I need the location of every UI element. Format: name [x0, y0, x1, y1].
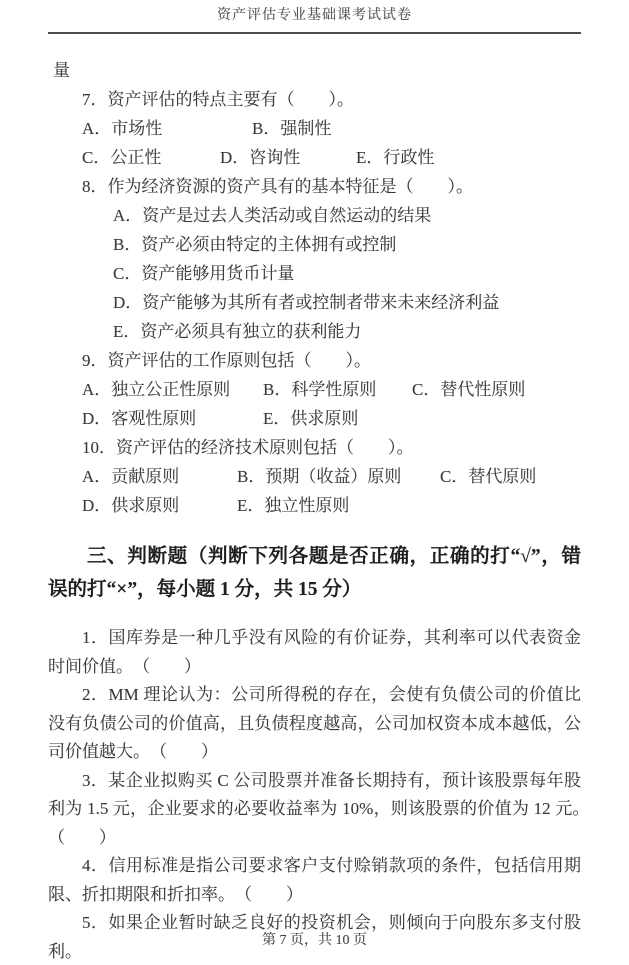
question-10-option-d: D．供求原则 [82, 491, 237, 520]
question-9-option-b: B．科学性原则 [263, 375, 412, 404]
question-10-option-c: C．替代原则 [440, 462, 536, 491]
question-10-option-a: A．贡献原则 [82, 462, 237, 491]
question-7-options-row-1: A．市场性 B．强制性 [48, 114, 581, 143]
page-content: 量 7．资产评估的特点主要有（ ）。 A．市场性 B．强制性 C．公正性 D．咨… [48, 56, 581, 965]
question-9-option-c: C．替代性原则 [412, 375, 525, 404]
judgment-question-1: 1．国库券是一种几乎没有风险的有价证券，其利率可以代表资金时间价值。 （ ） [48, 624, 581, 681]
question-9-option-d: D．客观性原则 [82, 404, 263, 433]
question-9-option-a: A．独立公正性原则 [82, 375, 263, 404]
question-10-options-row-2: D．供求原则 E．独立性原则 [48, 491, 581, 520]
question-7-option-d: D．咨询性 [220, 143, 356, 172]
question-7-option-e: E．行政性 [356, 143, 434, 172]
question-8-option-d: D．资产能够为其所有者或控制者带来未来经济利益 [48, 288, 581, 317]
question-10-stem: 10．资产评估的经济技术原则包括（ ）。 [48, 433, 581, 462]
question-7-options-row-2: C．公正性 D．咨询性 E．行政性 [48, 143, 581, 172]
section-3-heading: 三、判断题（判断下列各题是否正确，正确的打“√”，错误的打“×”，每小题 1 分… [48, 540, 581, 606]
page-footer: 第 7 页，共 10 页 [0, 929, 629, 949]
header-rule [48, 32, 581, 34]
continuation-line: 量 [48, 56, 581, 85]
exam-page: 资产评估专业基础课考试试卷 量 7．资产评估的特点主要有（ ）。 A．市场性 B… [0, 0, 629, 965]
question-7-option-b: B．强制性 [252, 114, 331, 143]
judgment-question-3: 3．某企业拟购买 C 公司股票并准备长期持有，预计该股票每年股利为 1.5 元，… [48, 767, 581, 853]
question-9-options-row-1: A．独立公正性原则 B．科学性原则 C．替代性原则 [48, 375, 581, 404]
question-7-option-a: A．市场性 [82, 114, 252, 143]
question-8-option-b: B．资产必须由特定的主体拥有或控制 [48, 230, 581, 259]
question-10-option-e: E．独立性原则 [237, 491, 349, 520]
question-9-options-row-2: D．客观性原则 E．供求原则 [48, 404, 581, 433]
question-9-option-e: E．供求原则 [263, 404, 358, 433]
judgment-question-2: 2．MM 理论认为：公司所得税的存在，会使有负债公司的价值比没有负债公司的价值高… [48, 681, 581, 767]
question-9-stem: 9．资产评估的工作原则包括（ ）。 [48, 346, 581, 375]
question-10-option-b: B．预期（收益）原则 [237, 462, 440, 491]
question-7-option-c: C．公正性 [82, 143, 220, 172]
question-8-option-a: A．资产是过去人类活动或自然运动的结果 [48, 201, 581, 230]
question-8-option-e: E．资产必须具有独立的获利能力 [48, 317, 581, 346]
question-10-options-row-1: A．贡献原则 B．预期（收益）原则 C．替代原则 [48, 462, 581, 491]
question-8-option-c: C．资产能够用货币计量 [48, 259, 581, 288]
question-8-stem: 8．作为经济资源的资产具有的基本特征是（ ）。 [48, 172, 581, 201]
page-header-title: 资产评估专业基础课考试试卷 [0, 0, 629, 25]
judgment-question-4: 4．信用标准是指公司要求客户支付赊销款项的条件，包括信用期限、折扣期限和折扣率。… [48, 852, 581, 909]
question-7-stem: 7．资产评估的特点主要有（ ）。 [48, 85, 581, 114]
